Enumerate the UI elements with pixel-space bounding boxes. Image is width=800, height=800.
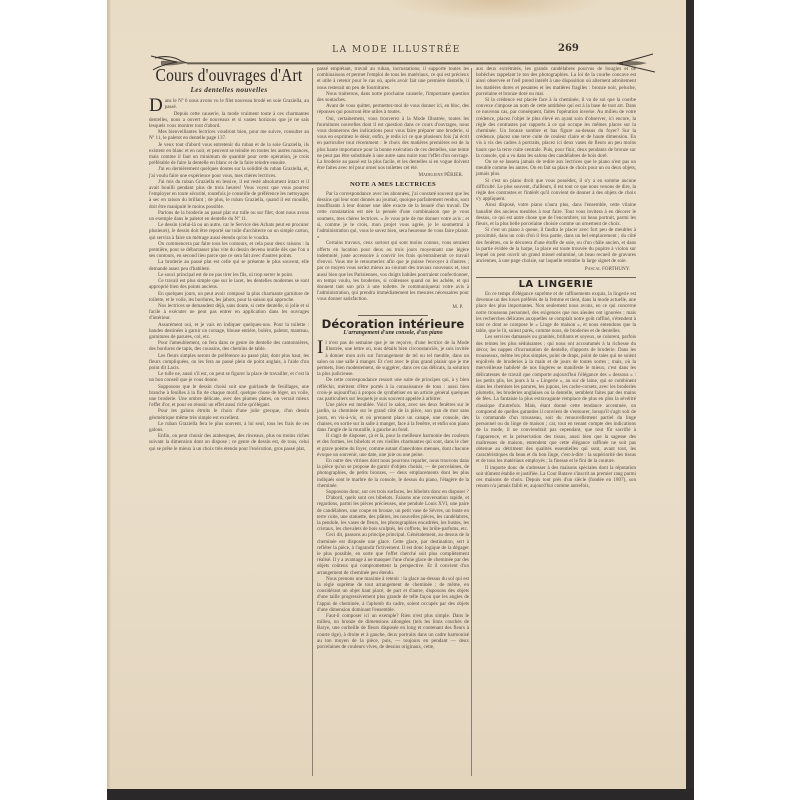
- article-paragraph: Les services damassés ou granités, brill…: [476, 334, 636, 464]
- note-heading: NOTE A MES LECTRICES: [317, 182, 469, 188]
- article-paragraph: En outre des vitrines dont nous pourrons…: [317, 458, 469, 489]
- article-paragraph: Pour l'ameublement, on fera dans ce genr…: [149, 340, 309, 352]
- article-paragraph: Ceci dit, passons au principe principal.…: [317, 532, 469, 575]
- article-paragraph: Mes bienveillantes lectrices voudront bi…: [149, 129, 309, 141]
- article-paragraph: En ce temps d'élégance suprême et de raf…: [476, 291, 636, 334]
- dropcap: I: [317, 341, 323, 355]
- column-divider: [312, 68, 313, 776]
- article-paragraph: Oui, certainement, vous trouverez à la M…: [317, 116, 469, 172]
- article-paragraph: Il n'est pas de semaine que je ne reçoiv…: [317, 340, 469, 377]
- article-paragraph: Nos lectrices se demandent déjà, sans do…: [149, 303, 309, 322]
- article-paragraph: En quelques jours, on peut avoir composé…: [149, 291, 309, 303]
- author-signature: Pascal FORTHUNY.: [476, 266, 630, 272]
- article-title-cours-ouvrages: Cours d'ouvrages d'Art: [149, 66, 309, 87]
- article-paragraph: Nous traiterons, dans notre prochaine ca…: [317, 91, 469, 103]
- article-paragraph: Le ruban Graziella fera le plus souvent,…: [149, 421, 309, 433]
- article-title-decoration: Décoration intérieure: [317, 321, 469, 327]
- article-subtitle-console: L'arrangement d'une console, d'un piano: [317, 330, 469, 336]
- article-paragraph: Faut-il composer ici un exemple? Rien n'…: [317, 613, 469, 650]
- article-paragraph: J'ai eu dernièrement quelques doutes sur…: [149, 166, 309, 178]
- section-divider: [358, 315, 428, 316]
- article-paragraph: De cette correspondance ressort une suit…: [317, 377, 469, 402]
- article-paragraph: Nous prenons une maxime à retenir : la g…: [317, 576, 469, 613]
- article-paragraph: La broderie au passé plat est celle qui …: [149, 259, 309, 271]
- note-signature: M. P.: [317, 304, 463, 310]
- author-signature: Madeleine PÉRIER.: [317, 172, 463, 178]
- article-paragraph: Une pièce est meublée. Voici le salon, a…: [317, 402, 469, 433]
- column-middle: passé empiétant, travail au ruban, incru…: [317, 66, 469, 776]
- article-paragraph: Ainsi disposé, votre piano n'aura plus, …: [476, 202, 636, 227]
- article-paragraph: Il importe donc de s'adresser à des mais…: [476, 465, 636, 490]
- scan-edge-bottom: [107, 788, 694, 800]
- article-title-lingerie: LA LINGERIE: [476, 282, 636, 288]
- article-paragraph: Je veux tout d'abord vous entretenir du …: [149, 142, 309, 167]
- note-paragraph: Certains travaux, ceux surtout qui sont …: [317, 240, 469, 302]
- article-paragraph: Le dessin (celui-là ou un autre, car le …: [149, 222, 309, 241]
- column-left: Cours d'ouvrages d'Art Les dentelles nou…: [149, 66, 309, 776]
- column-divider: [471, 68, 472, 776]
- article-paragraph: Si c'est un piano à queue, il faudra le …: [476, 227, 636, 264]
- article-paragraph: On commencera par faire tous les contour…: [149, 241, 309, 260]
- article-paragraph: Pour les galons étroits le choix d'une j…: [149, 408, 309, 420]
- article-paragraph: Si c'est un piano droit que vous posséde…: [476, 178, 636, 203]
- column-right: aux deux extrémités, les grands candélab…: [476, 66, 636, 776]
- dropcap: D: [149, 99, 163, 113]
- article-paragraph: Supposons que le dessin choisi soit une …: [149, 384, 309, 409]
- article-paragraph: Parlons de la broderie au passé plat sur…: [149, 210, 309, 222]
- article-paragraph: Dans le Nº 6 nous avons vu le filet nouv…: [149, 98, 309, 110]
- newspaper-page: LA MODE ILLUSTRÉE 269 Cours d'ouvrages d…: [107, 0, 686, 789]
- article-paragraph: passé empiétant, travail au ruban, incru…: [317, 66, 469, 91]
- note-paragraph: Par la correspondance avec les abonnées,…: [317, 191, 469, 241]
- article-paragraph: J'ai mis du ruban Graziella en lessive, …: [149, 179, 309, 210]
- scan-edge-right: [686, 0, 694, 800]
- article-paragraph: Depuis cette causerie, la mode vraiment …: [149, 111, 309, 130]
- article-paragraph: D'abord, quels sont ces bibelots. Faison…: [317, 495, 469, 532]
- article-paragraph: Assurément oui, et je vais en indiquer q…: [149, 322, 309, 341]
- article-paragraph: Ce travail est plus simple que sur le la…: [149, 278, 309, 290]
- article-paragraph: Enfin, on peut choisir des arabesques, d…: [149, 433, 309, 452]
- article-paragraph: Le tulle ne, aussi s'il est, on peut se …: [149, 371, 309, 383]
- article-paragraph: Si la crédence est placée face à la chem…: [476, 97, 636, 159]
- article-paragraph: Les fleurs simples seront de préférence …: [149, 353, 309, 372]
- article-paragraph: aux deux extrémités, les grands candélab…: [476, 66, 636, 97]
- article-paragraph: On ne se lassera jamais de redire aux le…: [476, 159, 636, 178]
- article-subtitle-dentelles: Les dentelles nouvelles: [149, 87, 309, 93]
- article-paragraph: Avant de vous quitter, permettez-moi de …: [317, 103, 469, 115]
- article-paragraph: Il s'agit de disposer, çà et là, pour la…: [317, 433, 469, 458]
- section-divider: [476, 277, 636, 278]
